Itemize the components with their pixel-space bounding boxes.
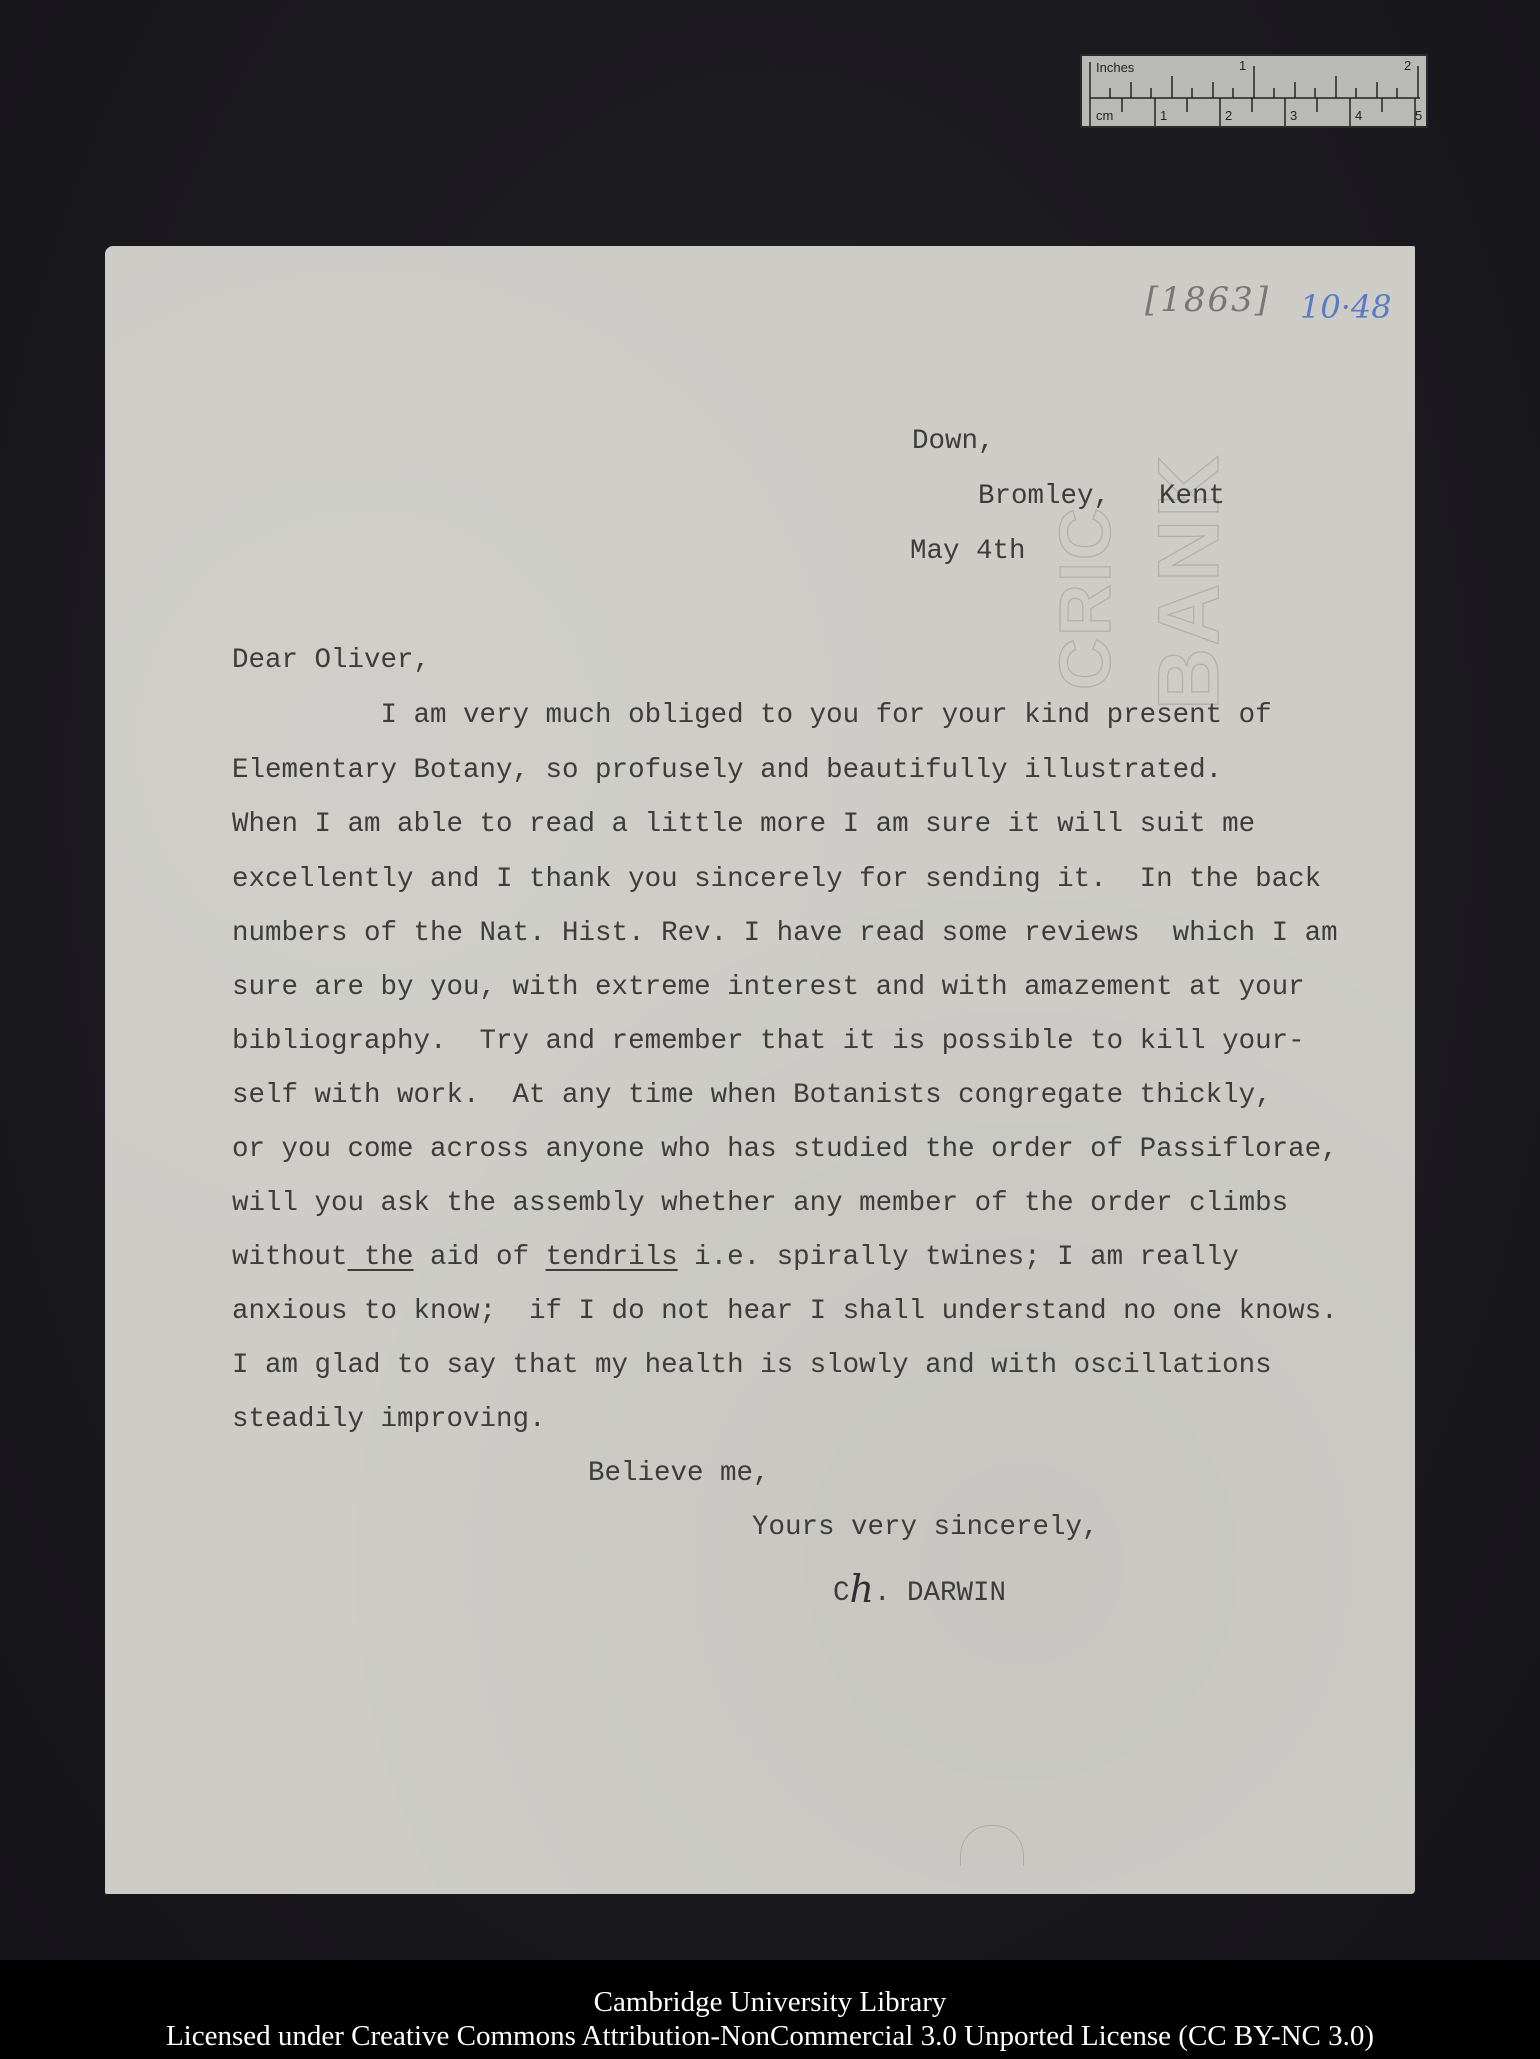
body-text: aid of [414,1242,546,1273]
body-line: numbers of the Nat. Hist. Rev. I have re… [232,920,1338,948]
address-county: Kent [1159,483,1225,511]
credit-institution: Cambridge University Library [0,1988,1540,2017]
catalogue-number-annotation: 10·48 [1300,288,1392,326]
signature: Ch. DARWIN [833,1568,1006,1608]
ruler-cm-5: 5 [1415,108,1422,123]
ruler-cm-1: 1 [1160,108,1167,123]
body-line: self with work. At any time when Botanis… [232,1082,1272,1110]
body-line: excellently and I thank you sincerely fo… [232,866,1321,894]
underlined-text: tendrils [546,1242,678,1273]
address-line-2: Bromley, [978,483,1110,511]
body-line: anxious to know; if I do not hear I shal… [232,1298,1338,1326]
body-line: I am glad to say that my health is slowl… [232,1352,1272,1380]
ruler-inch-2: 2 [1404,58,1411,73]
body-line: When I am able to read a little more I a… [232,811,1255,839]
signature-name: . DARWIN [874,1578,1006,1609]
credit-license: Licensed under Creative Commons Attribut… [0,2022,1540,2051]
pencil-date-annotation: [1863] [1145,280,1270,320]
underlined-text: the [348,1242,414,1273]
body-line: sure are by you, with extreme interest a… [232,974,1305,1002]
salutation: Dear Oliver, [232,647,430,675]
ruler-cm-3: 3 [1290,108,1297,123]
signature-typed-initial: C [833,1578,850,1609]
body-line-underlined: without the aid of tendrils i.e. spirall… [232,1244,1239,1272]
closing-believe-me: Believe me, [588,1460,770,1488]
body-line: or you come across anyone who has studie… [232,1136,1338,1164]
ruler-cm-4: 4 [1355,108,1362,123]
scale-bar: Inches 1 2 cm 1 2 3 4 5 [1080,54,1428,128]
watermark-text: CRIC [1045,506,1127,690]
body-text: i.e. spirally twines; I am really [678,1242,1239,1273]
body-line: will you ask the assembly whether any me… [232,1190,1288,1218]
ruler-cm-2: 2 [1225,108,1232,123]
body-line: bibliography. Try and remember that it i… [232,1028,1305,1056]
body-line: Elementary Botany, so profusely and beau… [232,757,1222,785]
address-line-1: Down, [912,428,995,456]
ruler-inches-label: Inches [1096,60,1134,75]
body-line: steadily improving. [232,1406,546,1434]
ruler-cm-label: cm [1096,108,1113,123]
letter-date: May 4th [910,538,1026,566]
closing-yours-sincerely: Yours very sincerely, [752,1514,1099,1542]
ruler-inch-1: 1 [1239,58,1246,73]
body-line: I am very much obliged to you for your k… [232,702,1272,730]
body-text: without [232,1242,348,1273]
signature-handwritten-initial: h [850,1567,874,1611]
